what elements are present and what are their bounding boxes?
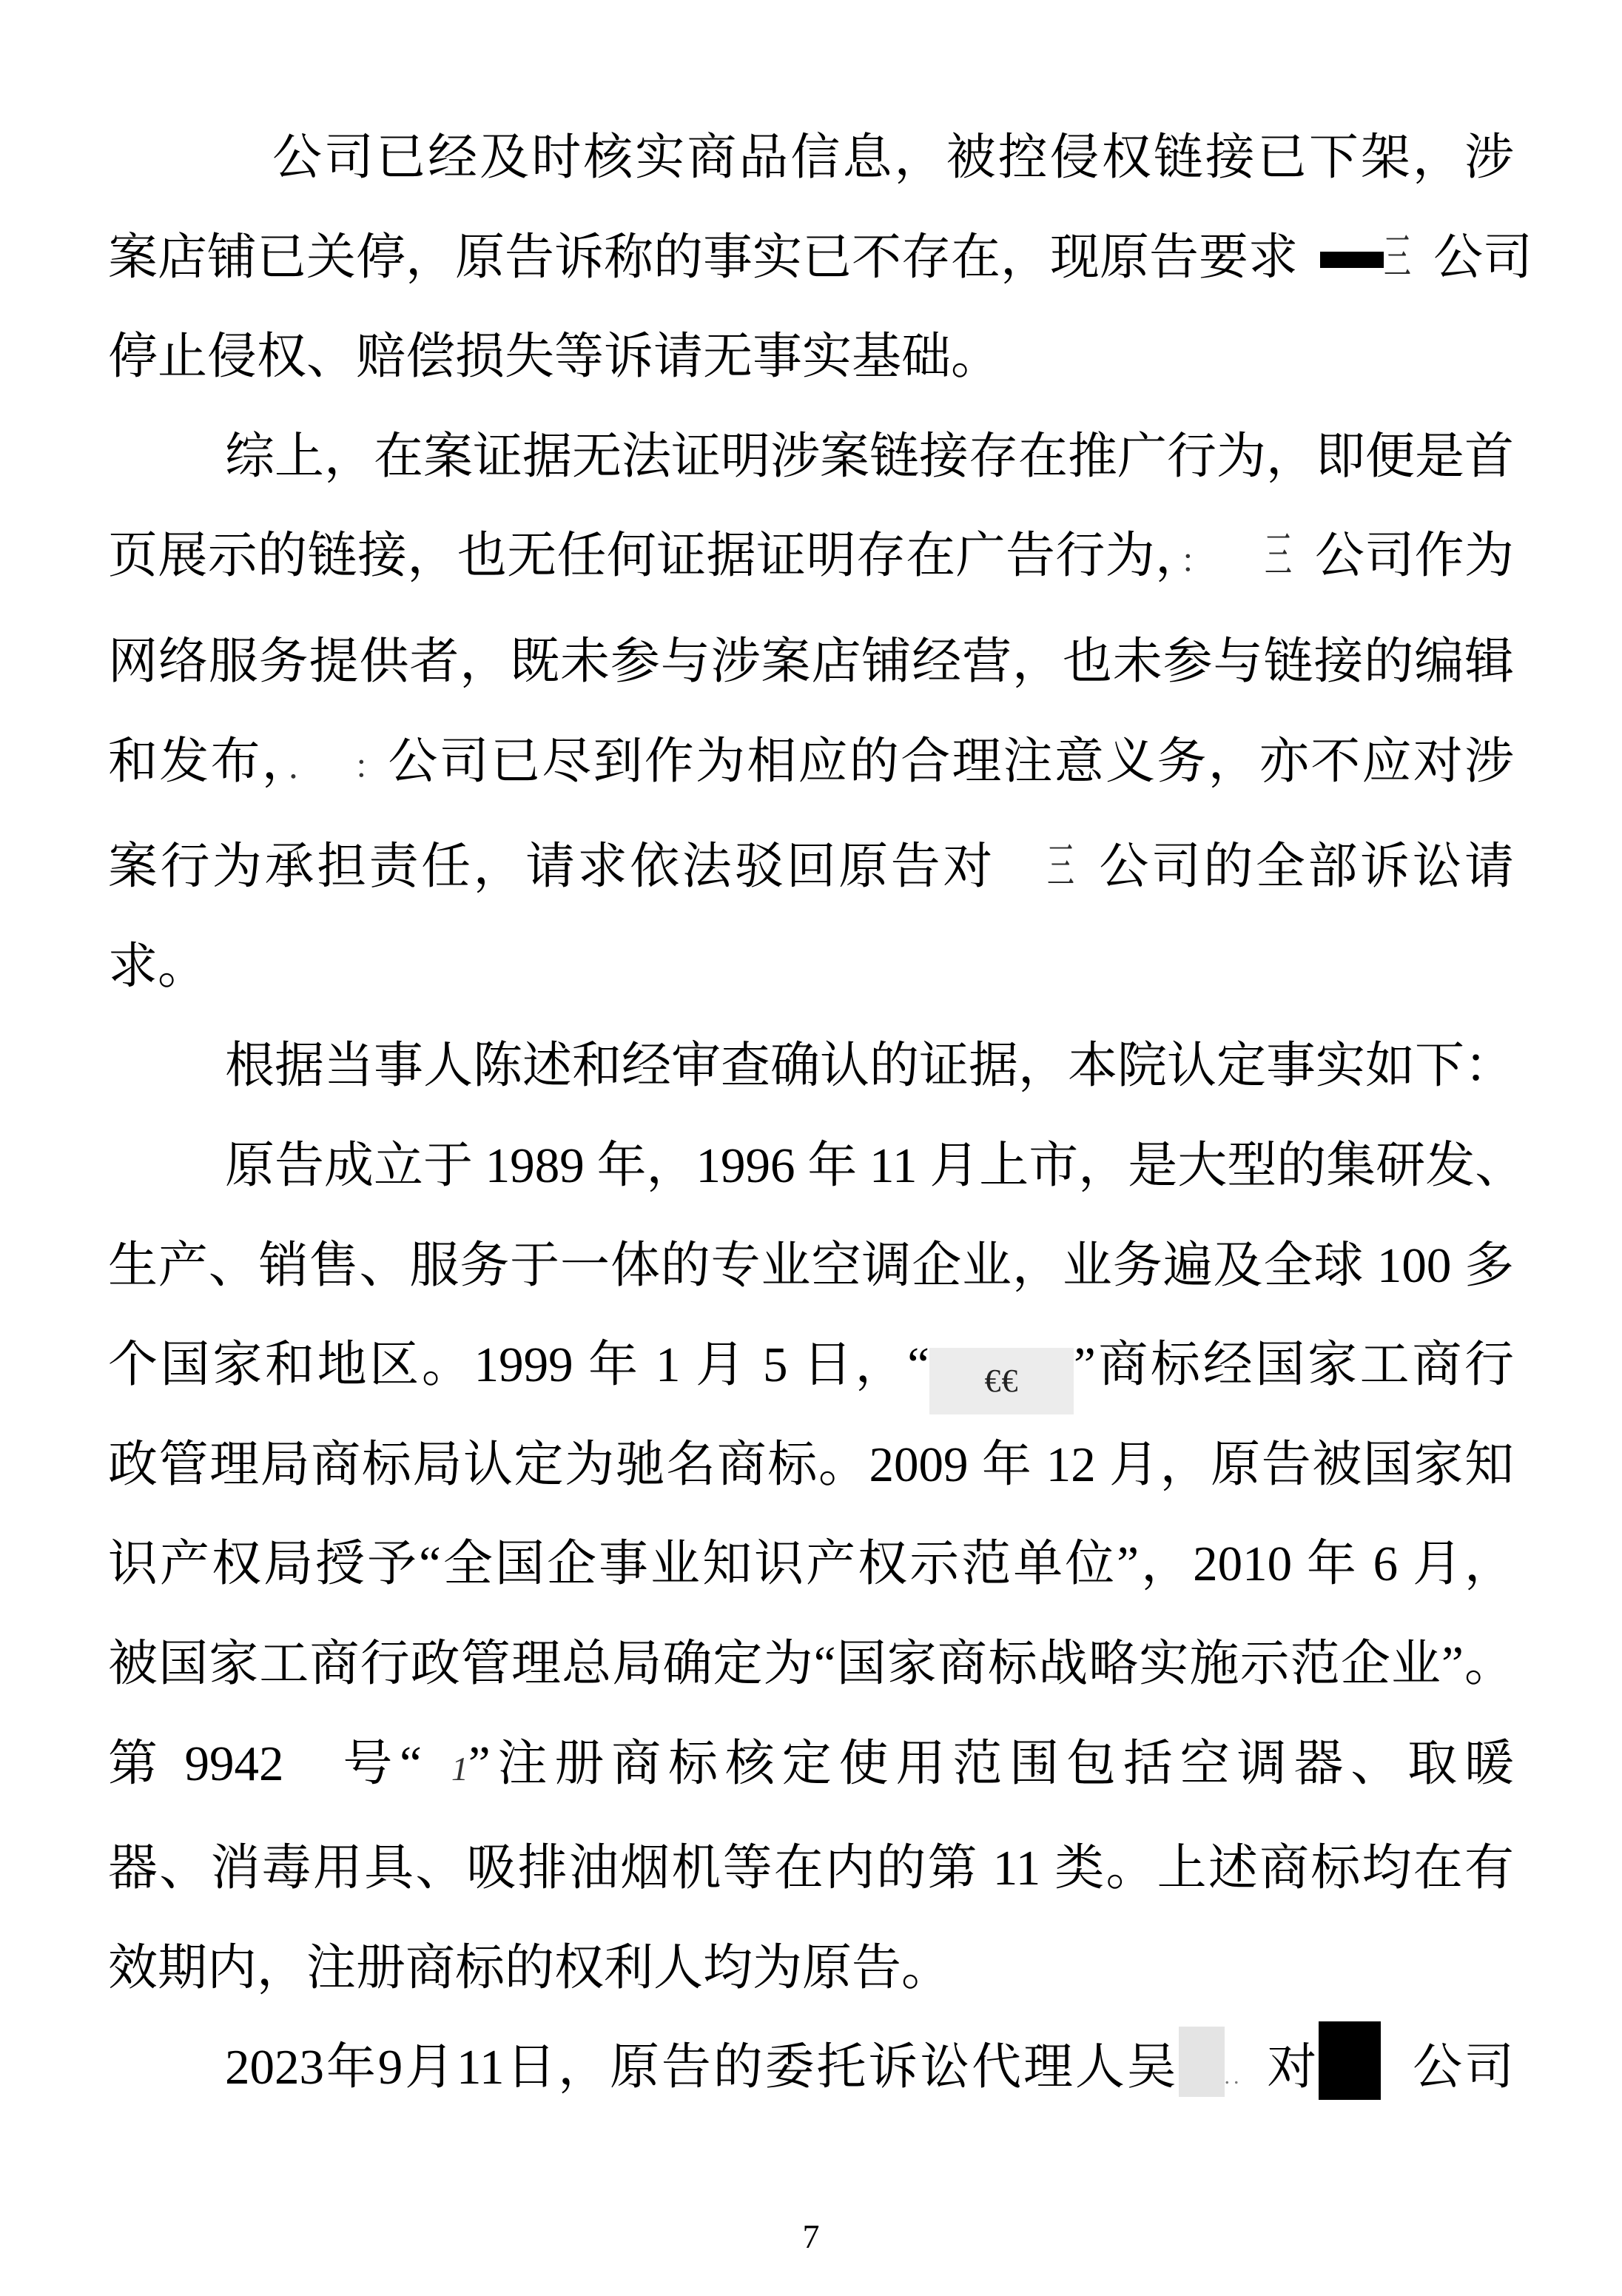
redacted-trademark-remnant: 1 — [451, 1750, 468, 1788]
document-body: 公司已经及时核实商品信息，被控侵权链接已下架，涉 案店铺已关停，原告诉称的事实已… — [108, 108, 1514, 2127]
line-text: 识产权局授予“全国企事业知识产权示范单位”，2010 年 6 月， — [108, 1537, 1514, 1591]
line-text: 效期内，注册商标的权利人均为原告。 — [108, 1941, 951, 1995]
text-line: 被国家工商行政管理总局确定为“国家商标战略实施示范企业”。 — [108, 1614, 1514, 1714]
text-line: 和发布，．：公司已尽到作为相应的合理注意义务，亦不应对涉 — [108, 712, 1514, 818]
redacted-trademark-box: €€ — [929, 1348, 1074, 1414]
text-line: 页展示的链接，也无任何证据证明存在广告行为，：三公司作为 — [108, 506, 1514, 612]
line-text: 公司 — [1410, 2040, 1514, 2095]
line-text: 停止侵权、赔偿损失等诉请无事实基础。 — [108, 329, 1000, 384]
line-text: 2023年9月11日，原告的委托诉讼代理人吴 — [225, 2040, 1179, 2095]
document-page: 公司已经及时核实商品信息，被控侵权链接已下架，涉 案店铺已关停，原告诉称的事实已… — [0, 0, 1622, 2296]
text-line: 网络服务提供者，既未参与涉案店铺经营，也未参与链接的编辑 — [108, 612, 1514, 712]
line-text: 和发布， — [108, 734, 289, 789]
redacted-char-remnant: 三 — [1047, 817, 1074, 917]
line-text: 公司作为 — [1314, 528, 1514, 583]
line-text: 案行为承担责任，请求依法驳回原告对 — [108, 839, 995, 894]
line-text: ”商标经国家工商行 — [1074, 1337, 1514, 1392]
text-line: 综上，在案证据无法证明涉案链接存在推广行为，即便是首 — [108, 407, 1514, 507]
line-text: 案店铺已关停，原告诉称的事实已不存在，现原告要求 — [108, 230, 1298, 285]
text-line: 生产、销售、服务于一体的专业空调企业，业务遍及全球 100 多 — [108, 1216, 1514, 1316]
line-text: 生产、销售、服务于一体的专业空调企业，业务遍及全球 100 多 — [108, 1238, 1514, 1293]
line-text: 号“ — [335, 1736, 421, 1791]
line-text: 对 — [1265, 2040, 1319, 2095]
line-text: 器、消毒用具、吸排油烟机等在内的第 11 类。上述商标均在有 — [108, 1841, 1514, 1896]
redacted-char-remnant: .. — [1225, 2064, 1243, 2089]
text-line: 原告成立于 1989 年，1996 年 11 月上市，是大型的集研发、 — [108, 1116, 1514, 1216]
line-text: 个国家和地区。1999 年 1 月 5 日，“ — [108, 1337, 929, 1392]
line-text: 页展示的链接，也无任何证据证明存在广告行为， — [108, 528, 1180, 583]
line-text: 根据当事人陈述和经审查确认的证据，本院认定事实如下： — [225, 1038, 1514, 1093]
text-line: 案店铺已关停，原告诉称的事实已不存在，现原告要求三公司 — [108, 208, 1514, 308]
text-line: 第 9942号“1”注册商标核定使用范围包括空调器、取暖 — [108, 1714, 1514, 1819]
line-text: 公司 — [1433, 230, 1532, 285]
text-line: 停止侵权、赔偿损失等诉请无事实基础。 — [108, 307, 1514, 407]
redaction-black-box — [1319, 2021, 1381, 2100]
text-line: 个国家和地区。1999 年 1 月 5 日，“€€”商标经国家工商行 — [108, 1315, 1514, 1415]
redacted-char-remnant: ： — [352, 749, 388, 785]
text-line: 政管理局商标局认定为驰名商标。2009 年 12 月，原告被国家知 — [108, 1415, 1514, 1515]
line-text: 政管理局商标局认定为驰名商标。2009 年 12 月，原告被国家知 — [108, 1437, 1514, 1492]
line-text: 被国家工商行政管理总局确定为“国家商标战略实施示范企业”。 — [108, 1637, 1514, 1691]
text-line: 求。 — [108, 917, 1514, 1017]
line-text: 综上，在案证据无法证明涉案链接存在推广行为，即便是首 — [225, 429, 1514, 484]
redaction-black-bar — [1320, 252, 1384, 268]
redacted-char-remnant: 三 — [1265, 506, 1292, 606]
line-text: 求。 — [108, 939, 207, 994]
text-line: 案行为承担责任，请求依法驳回原告对三公司的全部诉讼请 — [108, 817, 1514, 917]
text-line: 效期内，注册商标的权利人均为原告。 — [108, 1919, 1514, 2018]
line-text: ”注册商标核定使用范围包括空调器、取暖 — [468, 1736, 1514, 1791]
redaction-gray-box — [1179, 2027, 1225, 2097]
text-line: 2023年9月11日，原告的委托诉讼代理人吴..对公司 — [108, 2018, 1514, 2127]
line-text: 原告成立于 1989 年，1996 年 11 月上市，是大型的集研发、 — [225, 1138, 1524, 1193]
text-line: 器、消毒用具、吸排油烟机等在内的第 11 类。上述商标均在有 — [108, 1819, 1514, 1919]
line-text: 公司的全部诉讼请 — [1097, 839, 1514, 894]
page-number: 7 — [0, 2217, 1622, 2256]
line-text: 公司已尽到作为相应的合理注意义务，亦不应对涉 — [388, 734, 1514, 789]
redacted-char-remnant: ． — [289, 749, 323, 785]
text-line: 识产权局授予“全国企事业知识产权示范单位”，2010 年 6 月， — [108, 1514, 1514, 1614]
text-line: 公司已经及时核实商品信息，被控侵权链接已下架，涉 — [108, 108, 1514, 208]
text-line: 根据当事人陈述和经审查确认的证据，本院认定事实如下： — [108, 1016, 1514, 1116]
redacted-char-remnant: ： — [1180, 543, 1213, 580]
line-text: 第 9942 — [108, 1736, 283, 1791]
line-text: 网络服务提供者，既未参与涉案店铺经营，也未参与链接的编辑 — [108, 634, 1514, 689]
redacted-char-remnant: 三 — [1384, 208, 1411, 308]
line-text: 公司已经及时核实商品信息，被控侵权链接已下架，涉 — [272, 130, 1514, 185]
